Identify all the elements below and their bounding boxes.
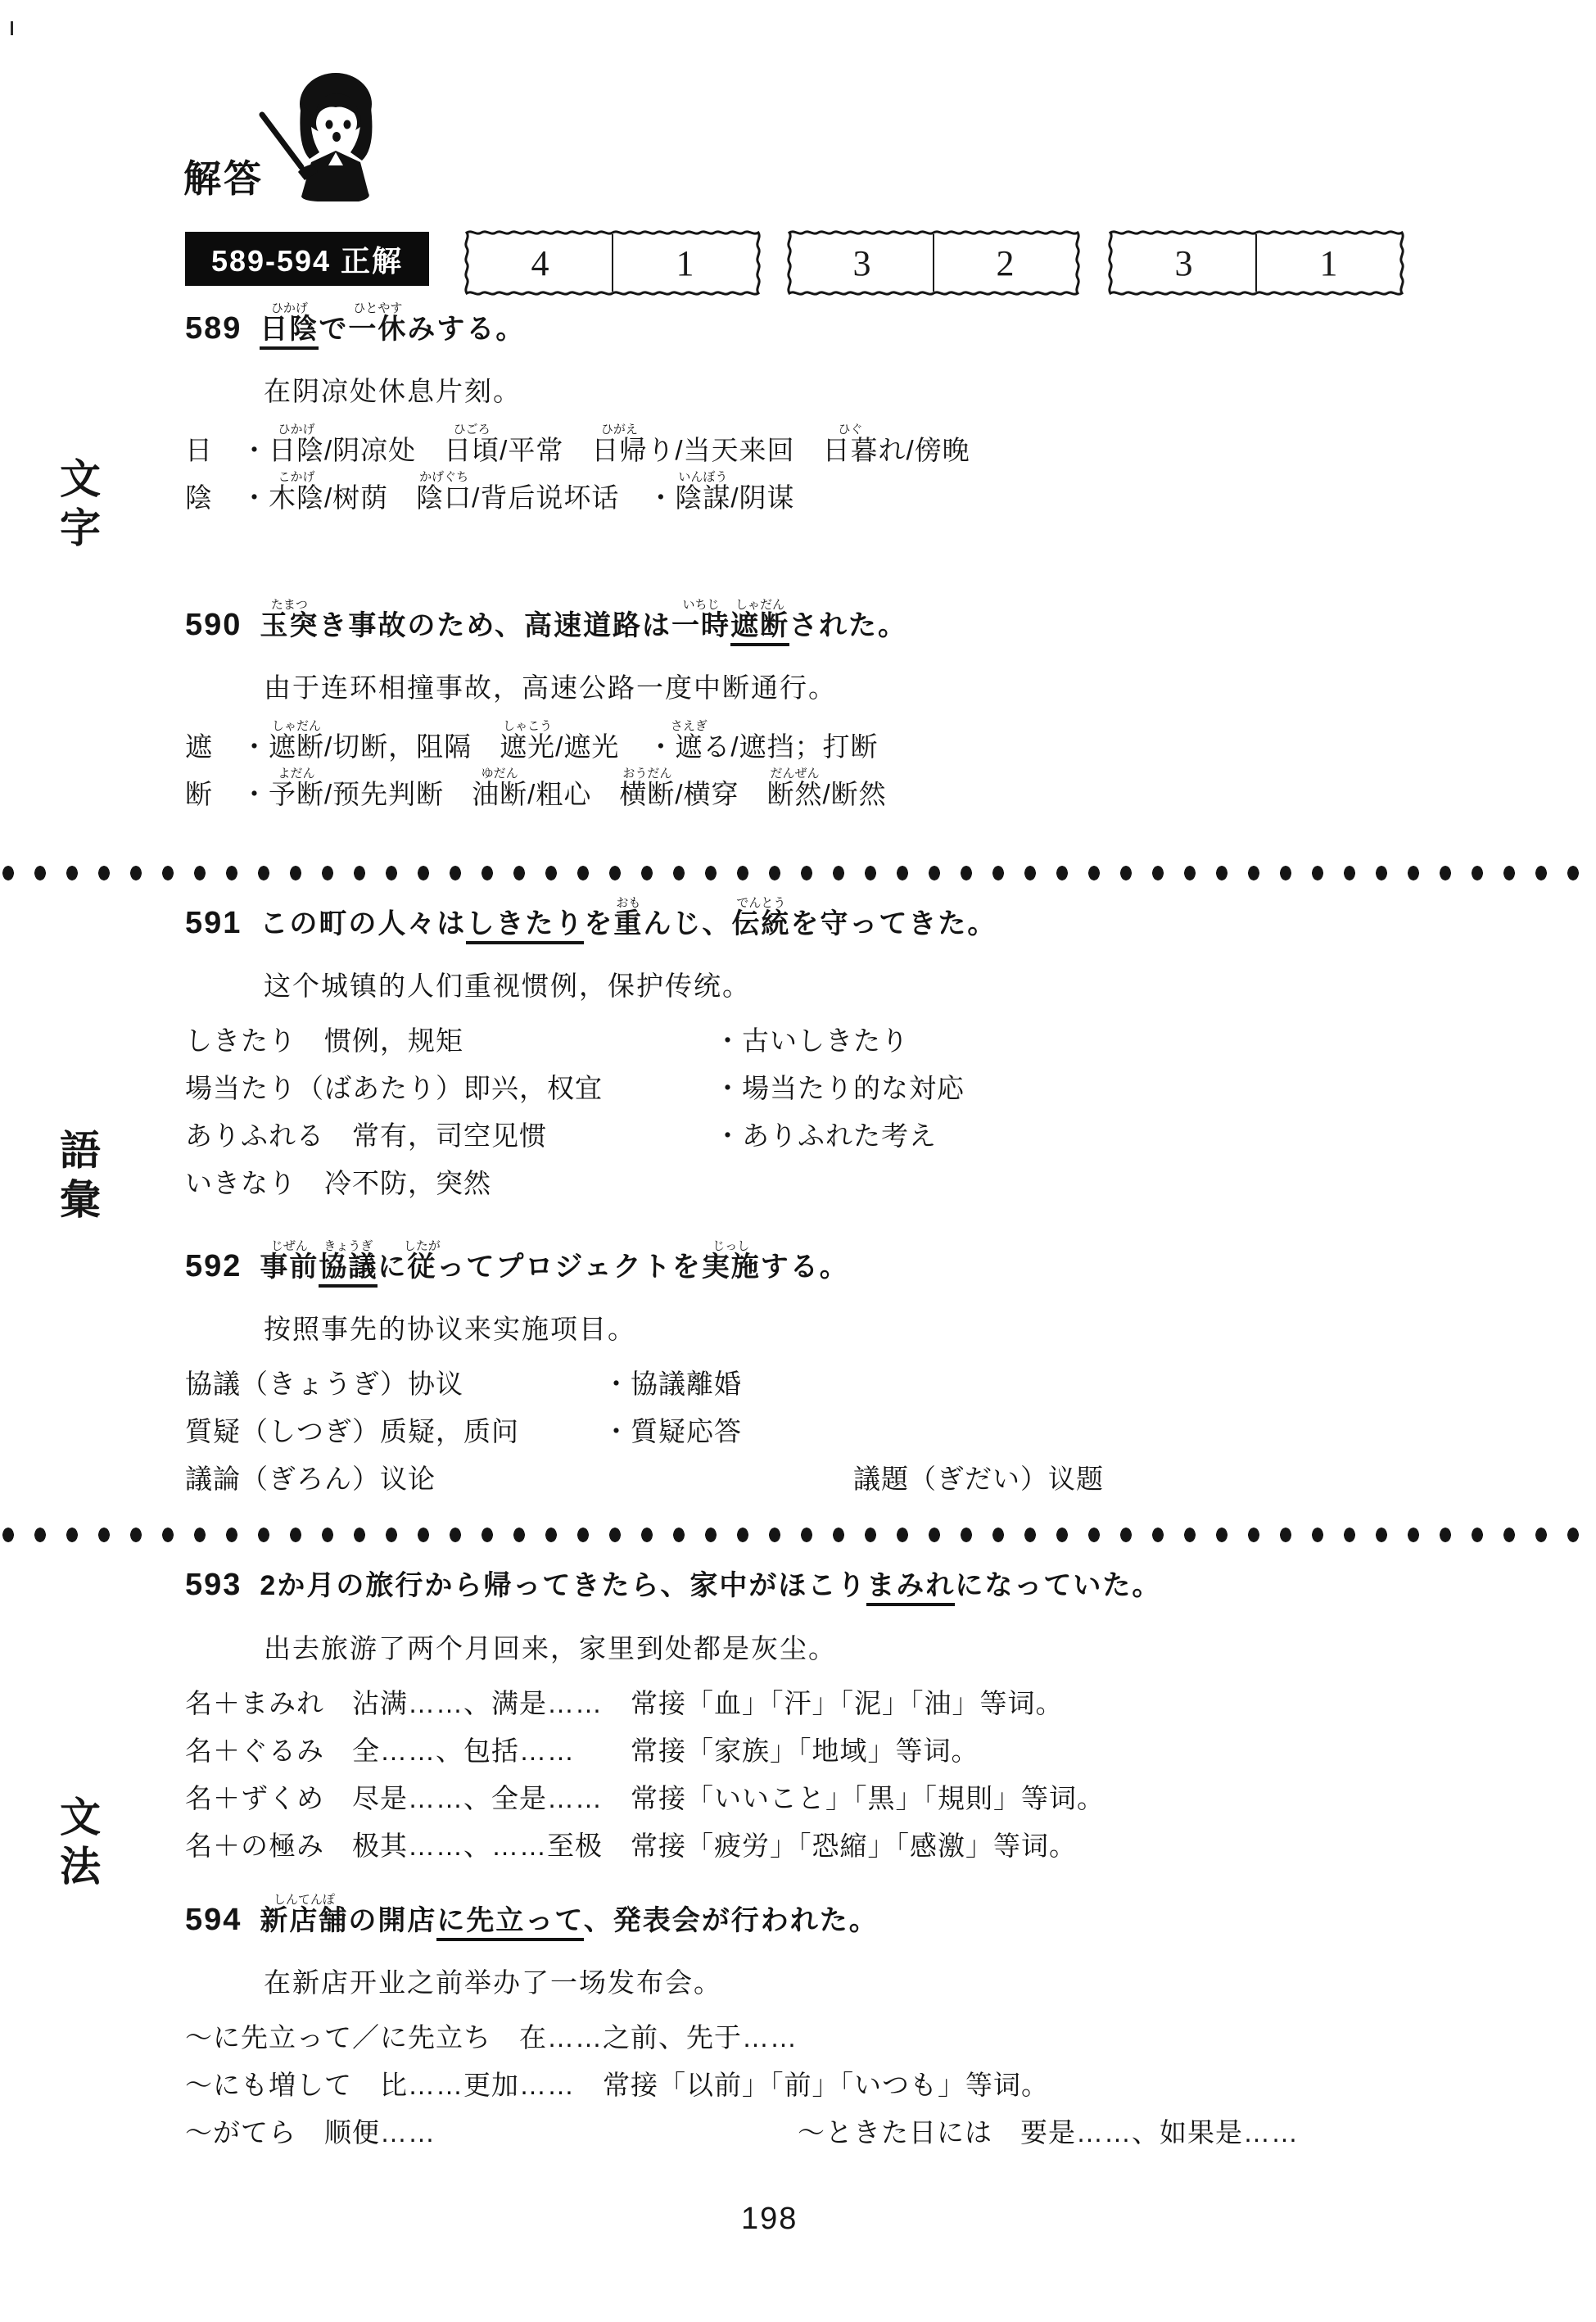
question-number: 589	[185, 302, 242, 355]
grammar-notes: ～に先立って／に先立ち 在……之前、先于……～にも増して 比……更加…… 常接「…	[185, 2014, 1561, 2157]
text-run: /横穿	[675, 779, 766, 809]
text-run: 実施じっし	[702, 1252, 761, 1283]
vocab-line: ～に先立って／に先立ち 在……之前、先于……	[185, 2014, 1561, 2062]
text-run: になっていた。	[955, 1570, 1161, 1601]
text-run: り/当天来回	[647, 435, 822, 465]
side-label-moji: 文字	[47, 457, 106, 555]
answer-593: 3	[1112, 234, 1255, 292]
question-593: 593 2か月の旅行から帰ってきたら、家中がほこりまみれになっていた。 出去旅游…	[185, 1559, 1561, 1870]
question-number: 594	[185, 1894, 242, 1946]
text-run: 、発表会が行われた。	[584, 1905, 879, 1936]
underlined-term: 遮断しゃだん	[730, 610, 789, 646]
text-run: ～がてら 顺便…… ～ときた日には 要是……、如果是……	[185, 2117, 1299, 2148]
text-run: 協議（きょうぎ）协议 ・協議離婚	[185, 1369, 742, 1399]
vocab-notes: 遮 ・遮断しゃだん/切断，阻隔 遮光しゃこう/遮光 ・遮さえぎる/遮挡；打断断 …	[185, 719, 1561, 814]
text-run: 重おも	[613, 908, 643, 939]
vocab-line: ～がてら 顺便…… ～ときた日には 要是……、如果是……	[185, 2109, 1561, 2157]
answer-box-591-592: 3 2	[786, 229, 1081, 296]
text-run: ってプロジェクトを	[436, 1252, 701, 1283]
vocab-line: いきなり 冷不防，突然	[185, 1160, 1561, 1207]
answer-591: 3	[791, 234, 933, 292]
text-run: 遮光しゃこう	[500, 731, 555, 762]
question-589: 589 日陰ひかげで一休ひとやすみする。 在阴凉处休息片刻。 日 ・日陰ひかげ/…	[185, 301, 1561, 518]
chinese-translation: 由于连环相撞事故，高速公路一度中断通行。	[264, 672, 1561, 704]
question-591: 591 この町の人々はしきたりを重おもんじ、伝統でんとうを守ってきた。 这个城镇…	[185, 896, 1561, 1207]
text-run: みする。	[407, 314, 525, 345]
text-run: ・	[213, 482, 269, 513]
vocab-notes: 日 ・日陰ひかげ/阴凉处 日頃ひごろ/平常 日帰ひがえり/当天来回 日暮ひぐれ/…	[185, 423, 1561, 518]
text-run: /树荫	[324, 482, 416, 513]
text-run: 玉突たまつ	[260, 610, 319, 641]
answer-box-593-594: 3 1	[1107, 229, 1405, 296]
text-run: 名＋ぐるみ 全……、包括…… 常接「家族」「地域」等词。	[185, 1736, 979, 1766]
side-label-bunpo: 文法	[47, 1795, 106, 1894]
text-run: 油断ゆだん	[472, 779, 527, 809]
underlined-term: しきたり	[466, 908, 584, 944]
text-run: 新店舗しんてんぽ	[260, 1905, 348, 1936]
text-run: /粗心	[527, 779, 619, 809]
text-run: 断	[185, 779, 213, 809]
vocab-line: 遮 ・遮断しゃだん/切断，阻隔 遮光しゃこう/遮光 ・遮さえぎる/遮挡；打断	[185, 719, 1561, 767]
answer-592: 2	[933, 234, 1076, 292]
question-sentence: 2か月の旅行から帰ってきたら、家中がほこりまみれになっていた。	[260, 1559, 1161, 1612]
text-run: 木陰こかげ	[269, 482, 324, 513]
text-run: 断然だんぜん	[767, 779, 823, 809]
chinese-translation: 这个城镇的人们重视惯例，保护传统。	[264, 970, 1561, 1003]
text-run: 議論（ぎろん）议论 議題（ぎだい）议题	[185, 1464, 1104, 1494]
vocab-notes: しきたり 惯例，规矩 ・古いしきたり場当たり（ばあたり）即兴，权宜 ・場当たり的…	[185, 1017, 1561, 1207]
text-run: 遮	[185, 731, 213, 762]
side-label-goi: 語彙	[47, 1129, 106, 1227]
text-run: ・	[213, 779, 269, 809]
text-run: 日陰ひかげ	[269, 435, 324, 465]
text-run: ～に先立って／に先立ち 在……之前、先于……	[185, 2022, 798, 2053]
question-594: 594 新店舗しんてんぽの開店に先立って、発表会が行われた。 在新店开业之前举办…	[185, 1893, 1561, 2157]
text-run: /断然	[823, 779, 887, 809]
text-run: る/遮挡；打断	[703, 731, 878, 762]
text-run: する。	[761, 1252, 849, 1283]
chinese-translation: 按照事先的协议来实施项目。	[264, 1313, 1561, 1346]
question-number: 590	[185, 599, 242, 651]
text-run: 横断おうだん	[619, 779, 675, 809]
answer-key-label: 589-594 正解	[185, 232, 429, 286]
answer-590: 1	[612, 234, 757, 292]
text-run: 遮さえぎ	[675, 731, 703, 762]
underlined-term: に先立って	[436, 1905, 583, 1941]
text-run: /切断，阻隔	[324, 731, 500, 762]
vocab-line: しきたり 惯例，规矩 ・古いしきたり	[185, 1017, 1561, 1065]
text-run: 事前じぜん	[260, 1252, 319, 1283]
text-run: /平常	[500, 435, 591, 465]
text-run: れ/傍晚	[879, 435, 970, 465]
text-run: ・	[213, 435, 269, 465]
answer-box-589-590: 4 1	[463, 229, 762, 296]
vocab-line: 名＋ずくめ 尽是……、全是…… 常接「いいこと」「黒」「規則」等词。	[185, 1775, 1561, 1822]
text-run: /阴凉处	[324, 435, 444, 465]
text-run: 従したが	[407, 1252, 436, 1283]
vocab-line: ありふれる 常有，司空见惯 ・ありふれた考え	[185, 1112, 1561, 1160]
text-run: 日暮ひぐ	[823, 435, 879, 465]
text-run: 一休ひとやす	[348, 314, 407, 345]
text-run: いきなり 冷不防，突然	[185, 1168, 491, 1198]
question-sentence: 事前じぜん協議きょうぎに従したがってプロジェクトを実施じっしする。	[260, 1239, 848, 1293]
vocab-line: 議論（ぎろん）议论 議題（ぎだい）议题	[185, 1455, 1561, 1503]
vocab-line: 質疑（しつぎ）质疑，质问 ・質疑応答	[185, 1408, 1561, 1455]
question-sentence: 日陰ひかげで一休ひとやすみする。	[260, 301, 525, 355]
text-run: ～にも増して 比……更加…… 常接「以前」「前」「いつも」等词。	[185, 2070, 1049, 2100]
text-run: き事故のため、高速道路は	[319, 610, 671, 641]
text-run: ・	[213, 731, 269, 762]
text-run: を	[584, 908, 613, 939]
text-run: 場当たり（ばあたり）即兴，权宜 ・場当たり的な対応	[185, 1073, 965, 1103]
dotted-separator	[0, 865, 1596, 881]
vocab-line: ～にも増して 比……更加…… 常接「以前」「前」「いつも」等词。	[185, 2062, 1561, 2109]
vocab-line: 名＋まみれ 沾满……、满是…… 常接「血」「汗」「泥」「油」等词。	[185, 1680, 1561, 1727]
vocab-line: 日 ・日陰ひかげ/阴凉处 日頃ひごろ/平常 日帰ひがえり/当天来回 日暮ひぐれ/…	[185, 423, 1561, 470]
question-sentence: この町の人々はしきたりを重おもんじ、伝統でんとうを守ってきた。	[260, 896, 997, 950]
page-number: 198	[741, 2202, 798, 2237]
chinese-translation: 在新店开业之前举办了一场发布会。	[264, 1967, 1561, 1999]
teacher-girl-illustration	[244, 67, 387, 202]
dotted-separator	[0, 1527, 1596, 1543]
text-run: 一時いちじ	[671, 610, 730, 641]
text-run: 名＋の極み 极其……、……至极 常接「疲労」「恐縮」「感激」等词。	[185, 1831, 1077, 1861]
underlined-term: まみれ	[866, 1570, 955, 1606]
vocab-line: 陰 ・木陰こかげ/树荫 陰口かげぐち/背后说坏话 ・陰謀いんぼう/阴谋	[185, 470, 1561, 518]
text-run: この町の人々は	[260, 908, 466, 939]
text-run: 質疑（しつぎ）质疑，质问 ・質疑応答	[185, 1416, 742, 1446]
text-run: /遮光 ・	[555, 731, 675, 762]
question-number: 591	[185, 897, 242, 949]
text-run: で	[319, 314, 348, 345]
text-run: を守ってきた。	[790, 908, 997, 939]
vocab-line: 協議（きょうぎ）协议 ・協議離婚	[185, 1360, 1561, 1408]
question-590: 590 玉突たまつき事故のため、高速道路は一時いちじ遮断しゃだんされた。 由于连…	[185, 598, 1561, 814]
question-sentence: 玉突たまつき事故のため、高速道路は一時いちじ遮断しゃだんされた。	[260, 598, 907, 652]
text-run: 伝統でんとう	[731, 908, 790, 939]
question-number: 593	[185, 1559, 242, 1611]
chinese-translation: 出去旅游了两个月回来，家里到处都是灰尘。	[264, 1632, 1561, 1665]
text-run: しきたり 惯例，规矩 ・古いしきたり	[185, 1025, 909, 1056]
vocab-line: 場当たり（ばあたり）即兴，权宜 ・場当たり的な対応	[185, 1065, 1561, 1112]
text-run: /背后说坏话 ・	[472, 482, 675, 513]
text-run: 遮断しゃだん	[269, 731, 324, 762]
text-run: の開店	[348, 1905, 436, 1936]
answer-594: 1	[1255, 234, 1400, 292]
vocab-line: 名＋ぐるみ 全……、包括…… 常接「家族」「地域」等词。	[185, 1727, 1561, 1775]
text-run: 日	[185, 435, 213, 465]
scan-artifact-tick	[11, 21, 13, 35]
question-number: 592	[185, 1240, 242, 1292]
text-run: 日頃ひごろ	[444, 435, 500, 465]
text-run: 陰謀いんぼう	[675, 482, 730, 513]
text-run: /阴谋	[730, 482, 794, 513]
chinese-translation: 在阴凉处休息片刻。	[264, 375, 1561, 408]
text-run: 名＋ずくめ 尽是……、全是…… 常接「いいこと」「黒」「規則」等词。	[185, 1783, 1105, 1813]
text-run: された。	[789, 610, 907, 641]
vocab-line: 断 ・予断よだん/预先判断 油断ゆだん/粗心 横断おうだん/横穿 断然だんぜん/…	[185, 767, 1561, 814]
grammar-notes: 名＋まみれ 沾满……、满是…… 常接「血」「汗」「泥」「油」等词。名＋ぐるみ 全…	[185, 1680, 1561, 1870]
text-run: 2か月の旅行から帰ってきたら、家中がほこり	[260, 1570, 866, 1601]
text-run: 陰	[185, 482, 213, 513]
text-run: に	[378, 1252, 407, 1283]
text-run: んじ、	[643, 908, 731, 939]
text-run: 陰口かげぐち	[416, 482, 472, 513]
underlined-term: 日陰ひかげ	[260, 314, 319, 350]
underlined-term: 協議きょうぎ	[319, 1252, 378, 1288]
vocab-line: 名＋の極み 极其……、……至极 常接「疲労」「恐縮」「感激」等词。	[185, 1822, 1561, 1870]
question-592: 592 事前じぜん協議きょうぎに従したがってプロジェクトを実施じっしする。 按照…	[185, 1239, 1561, 1503]
text-run: /预先判断	[324, 779, 472, 809]
text-run: ありふれる 常有，司空见惯 ・ありふれた考え	[185, 1120, 937, 1151]
vocab-notes: 協議（きょうぎ）协议 ・協議離婚質疑（しつぎ）质疑，质问 ・質疑応答議論（ぎろん…	[185, 1360, 1561, 1503]
text-run: 日帰ひがえ	[591, 435, 647, 465]
pointer-stick-icon	[262, 115, 301, 167]
textbook-answer-page: 解答 589-594 正解 4 1 3 2 3 1	[0, 0, 1596, 2322]
text-run: 予断よだん	[269, 779, 324, 809]
answer-589: 4	[468, 234, 612, 292]
text-run: 名＋まみれ 沾满……、满是…… 常接「血」「汗」「泥」「油」等词。	[185, 1688, 1064, 1718]
question-sentence: 新店舗しんてんぽの開店に先立って、発表会が行われた。	[260, 1893, 878, 1947]
